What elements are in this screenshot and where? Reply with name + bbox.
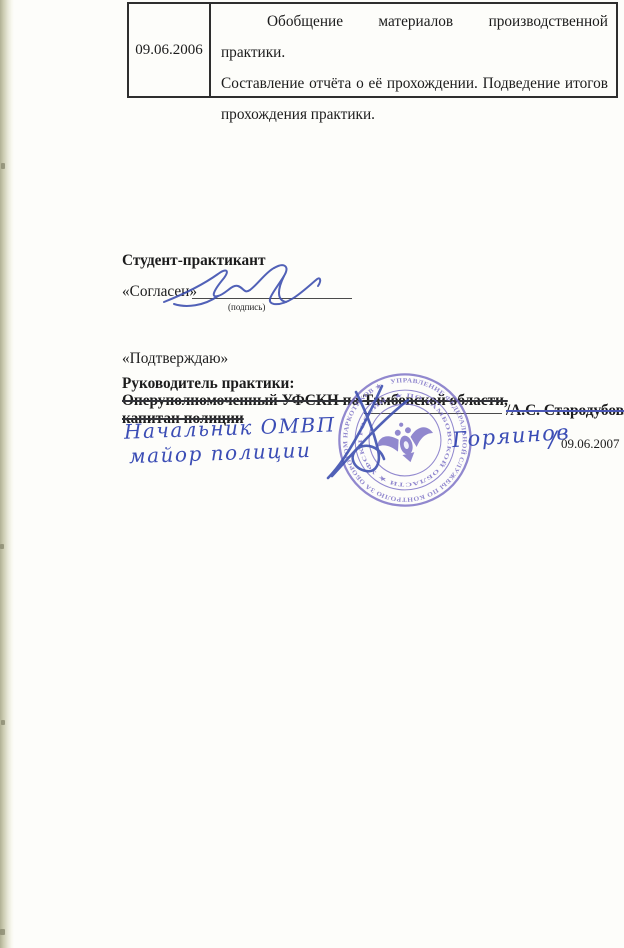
- scan-speck: [1, 720, 5, 725]
- handwritten-slash: /: [549, 428, 558, 453]
- student-signature-ink: [160, 258, 330, 310]
- activity-line: Составление отчёта о её прохождении. Под…: [221, 68, 608, 99]
- scan-edge-shadow: [0, 0, 14, 948]
- journal-date-cell: 09.06.2006: [129, 4, 211, 96]
- journal-date: 09.06.2006: [135, 42, 203, 59]
- supervisor-signature-ink: [320, 380, 420, 488]
- scan-speck: [0, 544, 4, 549]
- crossed-name: /А.С. Стародубов/: [506, 402, 624, 420]
- practice-journal-table: 09.06.2006 Обобщение материалов производ…: [127, 2, 618, 98]
- activity-line: прохождения практики.: [221, 99, 608, 130]
- supervisor-heading: Руководитель практики:: [122, 375, 294, 393]
- confirm-label: «Подтверждаю»: [122, 350, 228, 368]
- scan-speck: [0, 929, 5, 935]
- confirmation-date: 09.06.2007: [561, 436, 620, 452]
- document-page: 09.06.2006 Обобщение материалов производ…: [0, 0, 624, 948]
- journal-activity-cell: Обобщение материалов производственной пр…: [211, 4, 616, 96]
- handwritten-rank: майор полиции: [129, 438, 312, 468]
- activity-line: Обобщение материалов производственной пр…: [221, 6, 608, 68]
- scan-speck: [1, 163, 5, 169]
